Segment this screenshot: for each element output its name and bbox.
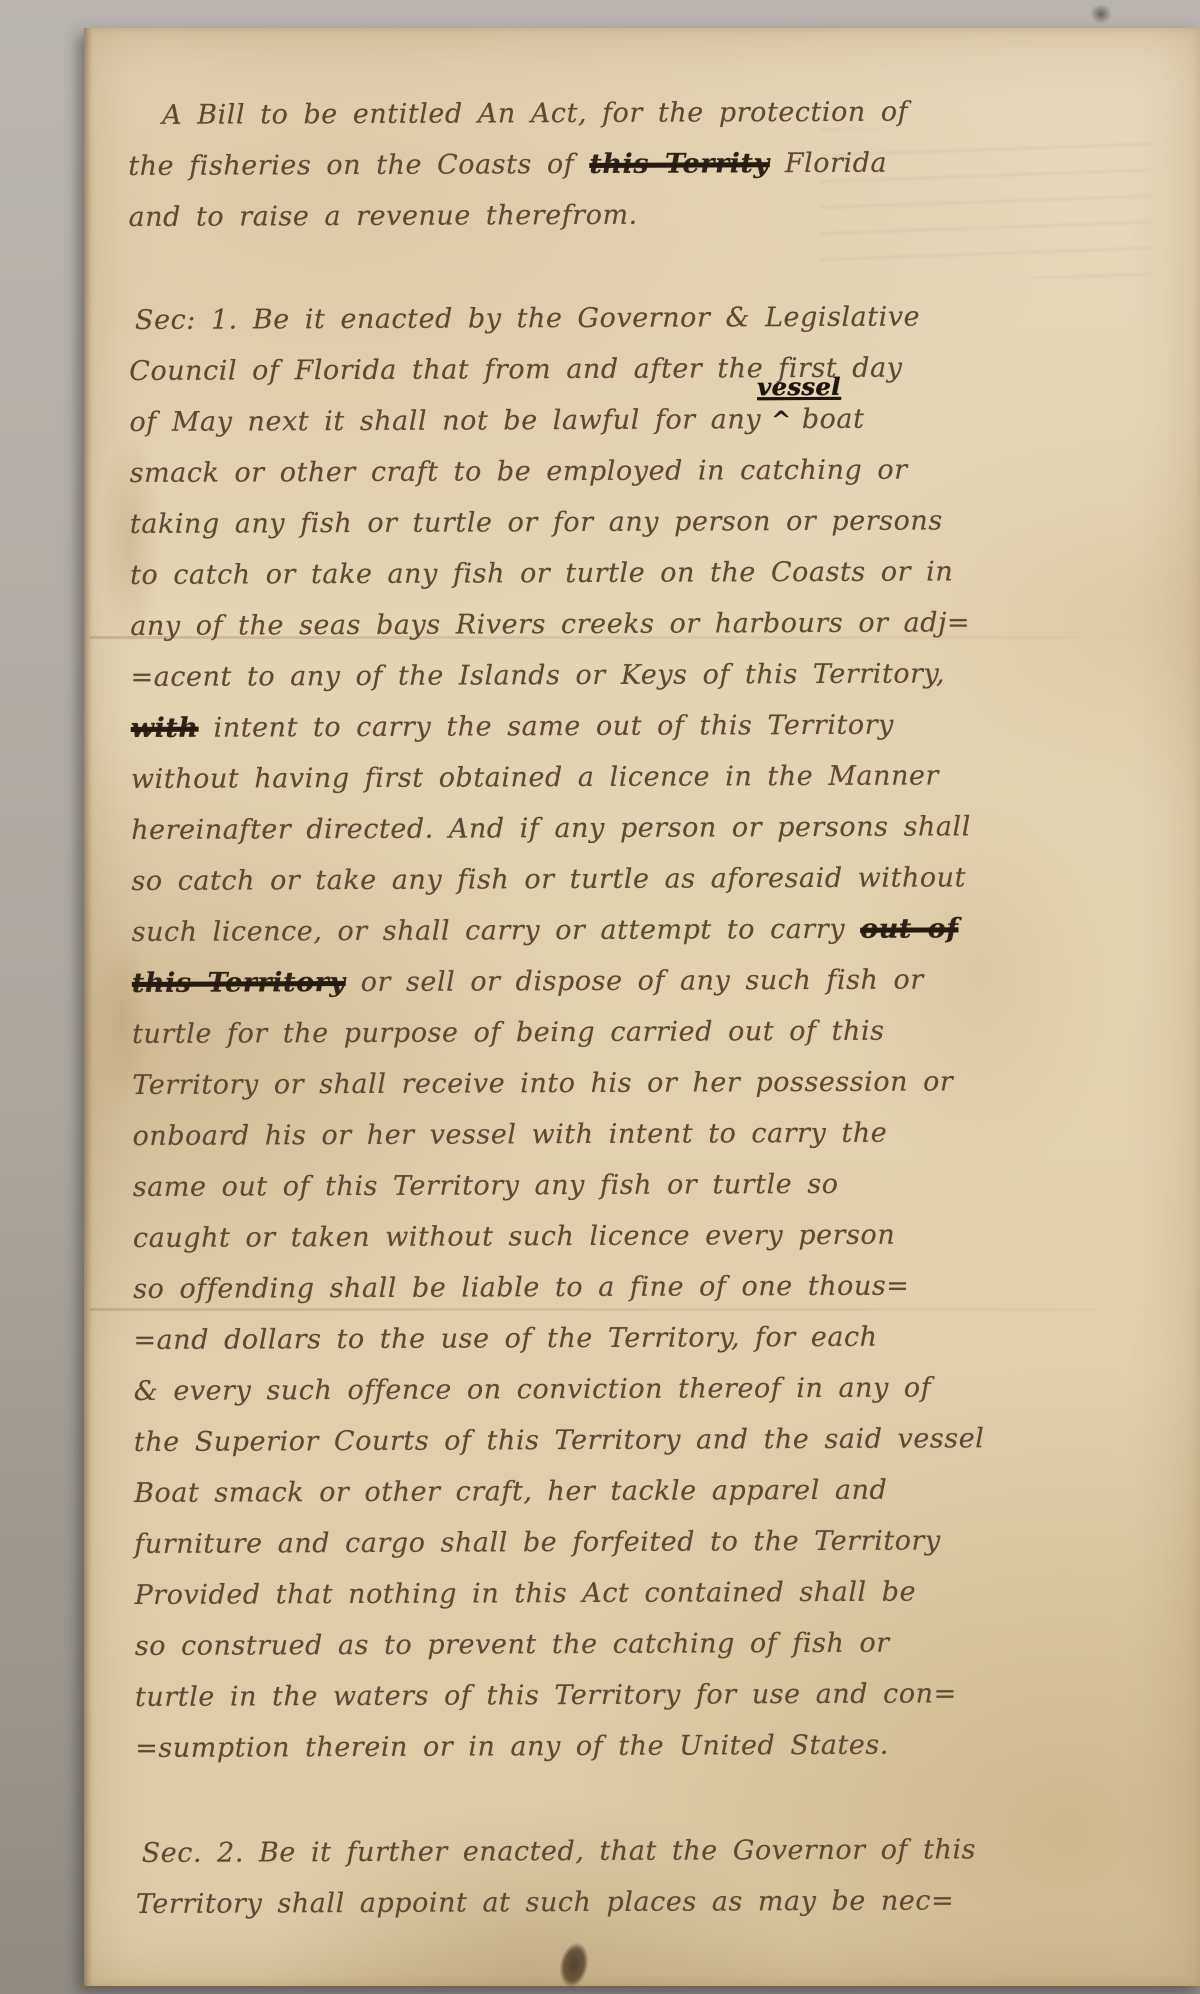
manuscript-line: Council of Florida that from and after t… xyxy=(129,342,1029,397)
manuscript-text: so construed as to prevent the catching … xyxy=(135,1628,890,1662)
manuscript-line: turtle for the purpose of being carried … xyxy=(132,1005,1032,1060)
manuscript-text: A Bill to be entitled An Act, for the pr… xyxy=(162,97,908,131)
manuscript-text: the fisheries on the Coasts of xyxy=(128,149,589,182)
manuscript-text: of May next it shall not be lawful for a… xyxy=(129,404,761,438)
manuscript-text: so offending shall be liable to a fine o… xyxy=(133,1271,909,1305)
manuscript-line: taking any fish or turtle or for any per… xyxy=(130,495,1030,550)
manuscript-line: Territory or shall receive into his or h… xyxy=(132,1056,1032,1111)
manuscript-text: the Superior Courts of this Territory an… xyxy=(134,1423,985,1458)
manuscript-text: caught or taken without such licence eve… xyxy=(133,1220,895,1254)
manuscript-line: with intent to carry the same out of thi… xyxy=(131,699,1031,754)
manuscript-line: so construed as to prevent the catching … xyxy=(135,1617,1035,1672)
manuscript-line: =sumption therein or in any of the Unite… xyxy=(135,1719,1035,1774)
struck-text: this Territory xyxy=(132,967,346,999)
struck-text: this Territy xyxy=(589,148,770,180)
manuscript-line: to catch or take any fish or turtle on t… xyxy=(130,546,1030,601)
manuscript-text: hereinafter directed. And if any person … xyxy=(131,811,971,846)
manuscript-line: =and dollars to the use of the Territory… xyxy=(133,1311,1033,1366)
struck-text: out of xyxy=(860,913,958,944)
manuscript-text: Florida xyxy=(770,148,888,180)
manuscript-line: Provided that nothing in this Act contai… xyxy=(134,1566,1034,1621)
manuscript-line: such licence, or shall carry or attempt … xyxy=(132,903,1032,958)
manuscript-line: hereinafter directed. And if any person … xyxy=(131,801,1031,856)
manuscript-text: Territory or shall receive into his or h… xyxy=(132,1066,953,1101)
manuscript-line: so catch or take any fish or turtle as a… xyxy=(131,852,1031,907)
manuscript-text: & every such offence on conviction there… xyxy=(134,1372,932,1406)
manuscript-line: Boat smack or other craft, her tackle ap… xyxy=(134,1464,1034,1519)
section-2: Sec. 2. Be it further enacted, that the … xyxy=(136,1824,1036,1930)
manuscript-text: such licence, or shall carry or attempt … xyxy=(132,914,861,948)
manuscript-line: without having first obtained a licence … xyxy=(131,750,1031,805)
manuscript-text: Sec. 2. Be it further enacted, that the … xyxy=(142,1834,976,1869)
inserted-word: vessel^ xyxy=(761,394,802,445)
manuscript-line: =acent to any of the Islands or Keys of … xyxy=(130,648,1030,703)
manuscript-text: so catch or take any fish or turtle as a… xyxy=(131,862,966,897)
manuscript-line: A Bill to be entitled An Act, for the pr… xyxy=(128,86,1028,141)
manuscript-line: this Territory or sell or dispose of any… xyxy=(132,954,1032,1009)
document-title: A Bill to be entitled An Act, for the pr… xyxy=(128,86,1029,243)
manuscript-text: turtle for the purpose of being carried … xyxy=(132,1016,885,1050)
manuscript-text: intent to carry the same out of this Ter… xyxy=(198,710,894,744)
edge-mark xyxy=(1090,4,1112,24)
manuscript-text: onboard his or her vessel with intent to… xyxy=(132,1118,887,1152)
manuscript-line: so offending shall be liable to a fine o… xyxy=(133,1260,1033,1315)
manuscript-text: furniture and cargo shall be forfeited t… xyxy=(134,1525,941,1560)
manuscript-line: Territory shall appoint at such places a… xyxy=(136,1875,1036,1930)
manuscript-text: turtle in the waters of this Territory f… xyxy=(135,1678,957,1713)
struck-text: with xyxy=(131,713,199,744)
manuscript-line: same out of this Territory any fish or t… xyxy=(133,1158,1033,1213)
paper-left-edge xyxy=(84,28,93,1986)
manuscript-line: & every such offence on conviction there… xyxy=(134,1362,1034,1417)
manuscript-text: Sec: 1. Be it enacted by the Governor & … xyxy=(135,302,920,336)
manuscript-line: caught or taken without such licence eve… xyxy=(133,1209,1033,1264)
manuscript-text: =and dollars to the use of the Territory… xyxy=(133,1322,877,1356)
manuscript-text: Territory shall appoint at such places a… xyxy=(136,1885,954,1920)
manuscript-text: =acent to any of the Islands or Keys of … xyxy=(130,658,944,693)
manuscript-text: Provided that nothing in this Act contai… xyxy=(134,1577,916,1611)
manuscript-line: the fisheries on the Coasts of this Terr… xyxy=(128,137,1028,192)
manuscript-line: turtle in the waters of this Territory f… xyxy=(135,1668,1035,1723)
manuscript-line: Sec. 2. Be it further enacted, that the … xyxy=(136,1824,1036,1879)
manuscript-text: without having first obtained a licence … xyxy=(131,760,939,795)
manuscript-line: smack or other craft to be employed in c… xyxy=(130,444,1030,499)
manuscript-text: or sell or dispose of any such fish or xyxy=(346,965,924,999)
manuscript-line: of May next it shall not be lawful for a… xyxy=(129,393,1029,448)
manuscript-line: furniture and cargo shall be forfeited t… xyxy=(134,1515,1034,1570)
manuscript-line: the Superior Courts of this Territory an… xyxy=(134,1413,1034,1468)
manuscript-text: same out of this Territory any fish or t… xyxy=(133,1169,839,1203)
manuscript-text: to catch or take any fish or turtle on t… xyxy=(130,556,953,591)
manuscript-line: onboard his or her vessel with intent to… xyxy=(132,1107,1032,1162)
section-1: Sec: 1. Be it enacted by the Governor & … xyxy=(129,291,1035,1774)
manuscript-line: any of the seas bays Rivers creeks or ha… xyxy=(130,597,1030,652)
manuscript-line: Sec: 1. Be it enacted by the Governor & … xyxy=(129,291,1029,346)
manuscript-text: Boat smack or other craft, her tackle ap… xyxy=(134,1475,887,1509)
manuscript-text-area: A Bill to be entitled An Act, for the pr… xyxy=(128,86,1036,1930)
manuscript-text: =sumption therein or in any of the Unite… xyxy=(135,1730,889,1764)
manuscript-text: taking any fish or turtle or for any per… xyxy=(130,505,943,540)
manuscript-text: and to raise a revenue therefrom. xyxy=(128,200,637,233)
manuscript-text: any of the seas bays Rivers creeks or ha… xyxy=(130,607,970,642)
manuscript-text: smack or other craft to be employed in c… xyxy=(130,455,908,489)
manuscript-line: and to raise a revenue therefrom. xyxy=(128,188,1028,243)
